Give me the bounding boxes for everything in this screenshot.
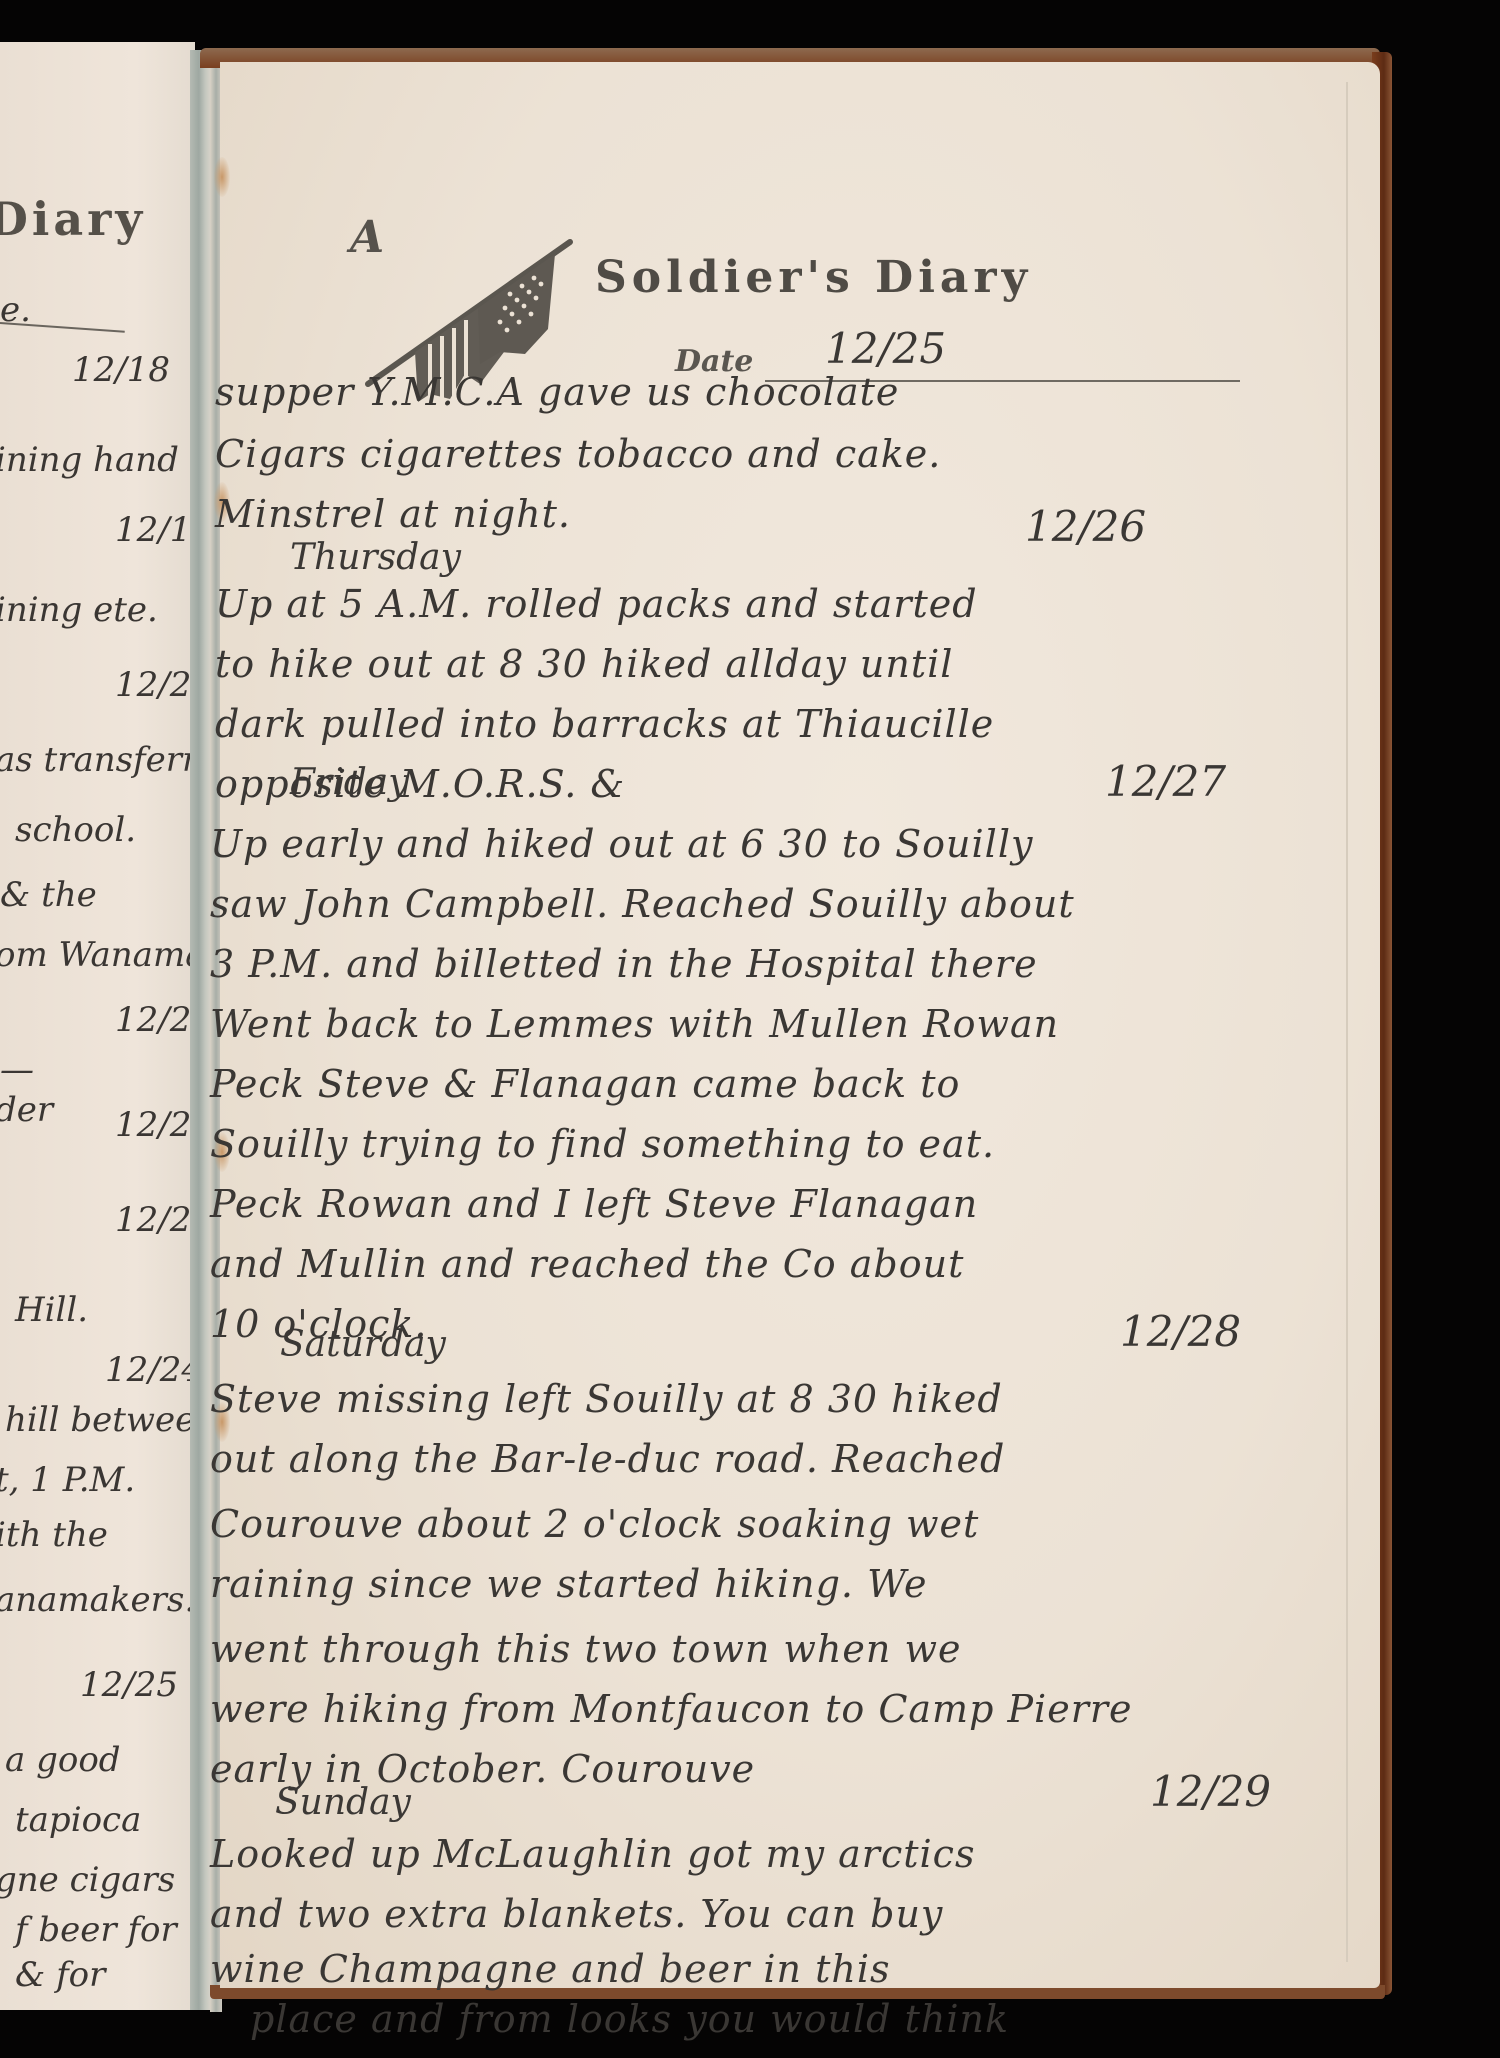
left-page-fragment: der: [0, 1090, 53, 1130]
left-page-fragment: as transferre: [0, 740, 195, 780]
diary-line: Peck Rowan and I left Steve Flanagan: [210, 1182, 978, 1226]
page-edge-line: [1346, 82, 1348, 1962]
left-facing-page: Diary e.12/18ining hand12/19ining ete.12…: [0, 42, 195, 2010]
left-page-fragment: 12/20: [115, 665, 195, 705]
diary-line: Cigars cigarettes tobacco and cake.: [215, 432, 941, 476]
left-page-fragment: 12/25: [80, 1665, 178, 1705]
diary-line: Minstrel at night.: [215, 492, 571, 536]
left-page-fragment: & the: [0, 875, 97, 915]
entry-date: 12/26: [1025, 502, 1146, 551]
book-gutter: [190, 50, 212, 2010]
left-page-fragment: f beer for: [15, 1910, 177, 1950]
diary-line: out along the Bar-le-duc road. Reached: [210, 1437, 1005, 1481]
left-page-fragment: anamakers.: [0, 1580, 195, 1620]
left-page-fragment: ith the: [0, 1515, 108, 1555]
diary-line: wine Champagne and beer in this: [210, 1947, 891, 1991]
left-page-fragment: Hill.: [15, 1290, 88, 1330]
diary-line: and Mullin and reached the Co about: [210, 1242, 964, 1286]
diary-line: dark pulled into barracks at Thiaucille: [215, 702, 994, 746]
left-page-fragment: 12/22: [115, 1105, 195, 1145]
diary-line: Up early and hiked out at 6 30 to Souill…: [210, 822, 1033, 866]
right-diary-page: A Soldier's Diary Date 12/25 supper Y.M.…: [220, 62, 1380, 1988]
left-page-title-fragment: Diary: [0, 192, 146, 246]
foxing-stain: [214, 157, 230, 197]
diary-line: Looked up McLaughlin got my arctics: [210, 1832, 975, 1876]
diary-line: to hike out at 8 30 hiked allday until: [215, 642, 953, 686]
diary-line: 3 P.M. and billetted in the Hospital the…: [210, 942, 1038, 986]
left-page-fragment: gne cigars: [0, 1860, 175, 1900]
diary-line: Souilly trying to find something to eat.: [210, 1122, 995, 1166]
diary-line: Went back to Lemmes with Mullen Rowan: [210, 1002, 1059, 1046]
left-page-fragment: —: [0, 1050, 34, 1090]
diary-line: supper Y.M.C.A gave us chocolate: [215, 370, 899, 414]
left-page-fragment: 12/19: [115, 510, 195, 550]
left-page-fragment: t, 1 P.M.: [0, 1460, 135, 1500]
diary-line: opposite M.O.R.S. &: [215, 762, 625, 806]
left-page-fragment: ining ete.: [0, 590, 158, 630]
left-page-fragment: hill between: [5, 1400, 195, 1440]
entry-date: 12/27: [1105, 757, 1226, 806]
date-value: 12/25: [825, 324, 946, 373]
diary-line: were hiking from Montfaucon to Camp Pier…: [210, 1687, 1133, 1731]
diary-line: saw John Campbell. Reached Souilly about: [210, 882, 1075, 926]
diary-line: Up at 5 A.M. rolled packs and started: [215, 582, 978, 626]
left-page-fragment: school.: [15, 810, 136, 850]
diary-line: place and from looks you would think: [250, 1997, 1009, 2041]
entry-date: 12/28: [1120, 1307, 1241, 1356]
diary-line: and two extra blankets. You can buy: [210, 1892, 943, 1936]
left-page-fragment: & for: [15, 1955, 105, 1995]
left-page-fragment: 12/21: [115, 1000, 195, 1040]
diary-line: went through this two town when we: [210, 1627, 962, 1671]
entry-date: 12/29: [1150, 1767, 1271, 1816]
left-page-fragment: tapioca: [15, 1800, 141, 1840]
entry-weekday: Saturday: [280, 1324, 446, 1365]
entry-weekday: Thursday: [290, 537, 461, 578]
diary-line: Peck Steve & Flanagan came back to: [210, 1062, 960, 1106]
left-page-fragment: a good: [5, 1740, 121, 1780]
diary-title: Soldier's Diary: [595, 252, 1032, 303]
entry-weekday: Friday: [290, 762, 409, 803]
left-page-fragment: om Wanamaker: [0, 935, 195, 975]
diary-line: Courouve about 2 o'clock soaking wet: [210, 1502, 979, 1546]
left-page-fragment: 12/24: [105, 1350, 195, 1390]
left-page-fragment: 12/23: [115, 1200, 195, 1240]
entry-weekday: Sunday: [275, 1782, 411, 1823]
left-page-fragment: e.: [0, 290, 31, 330]
left-page-fragment: 12/18: [72, 350, 170, 390]
diary-line: raining since we started hiking. We: [210, 1562, 928, 1606]
diary-line: Steve missing left Souilly at 8 30 hiked: [210, 1377, 1003, 1421]
left-page-fragment: ining hand: [0, 440, 179, 480]
